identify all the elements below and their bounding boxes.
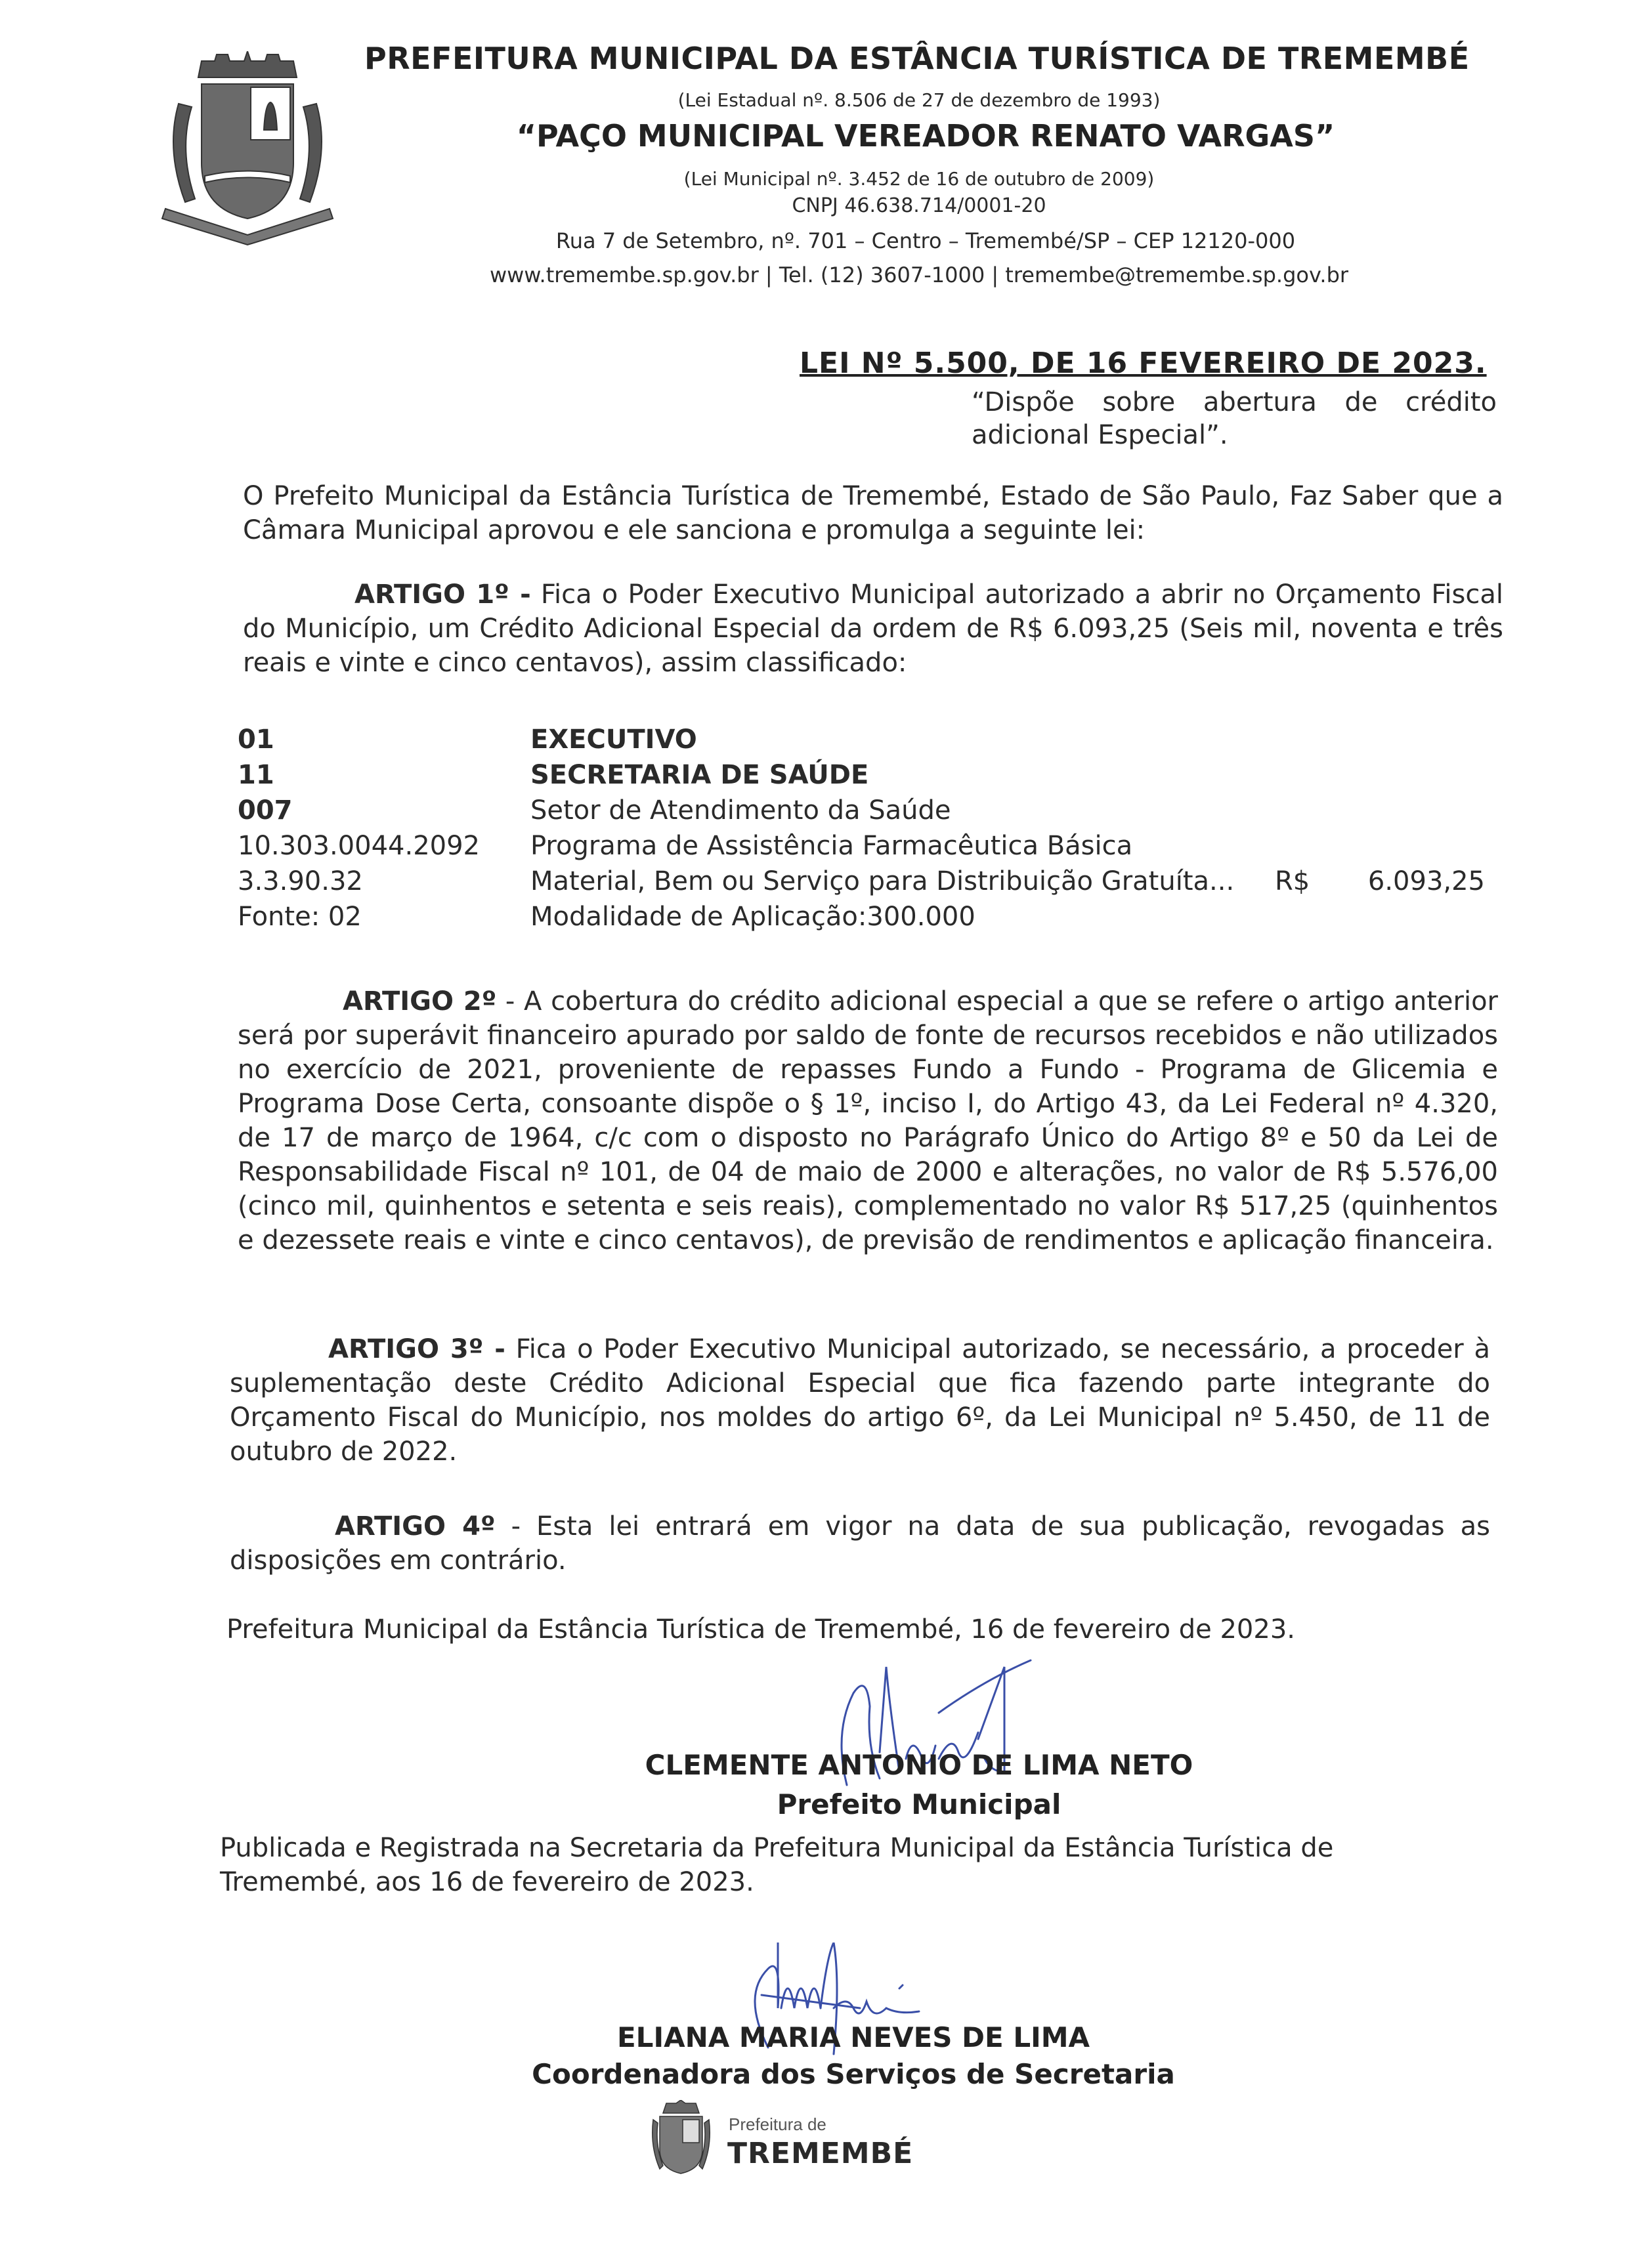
article-label: ARTIGO 3º -: [328, 1334, 505, 1364]
budget-classification-table: 01EXECUTIVO11SECRETARIA DE SAÚDE007Setor…: [238, 722, 1498, 934]
closing-date-line: Prefeitura Municipal da Estância Turísti…: [226, 1614, 1295, 1645]
header-municipal-law: (Lei Municipal nº. 3.452 de 16 de outubr…: [591, 168, 1247, 190]
footer-crest-icon: [650, 2100, 712, 2179]
classification-row: 007Setor de Atendimento da Saúde: [238, 793, 1498, 828]
classification-currency: R$: [1275, 864, 1310, 899]
header-title: PREFEITURA MUNICIPAL DA ESTÂNCIA TURÍSTI…: [364, 41, 1480, 76]
classification-description: Programa de Assistência Farmacêutica Bás…: [530, 828, 1132, 864]
header-state-law: (Lei Estadual nº. 8.506 de 27 de dezembr…: [591, 89, 1247, 111]
classification-code: 11: [238, 757, 274, 793]
classification-description: Material, Bem ou Serviço para Distribuiç…: [530, 864, 1234, 899]
header-cnpj: CNPJ 46.638.714/0001-20: [591, 194, 1247, 217]
article-text: - A cobertura do crédito adicional espec…: [238, 986, 1498, 1255]
mayor-name: CLEMENTE ANTONIO DE LIMA NETO: [578, 1749, 1260, 1781]
header-contact: www.tremembe.sp.gov.br | Tel. (12) 3607-…: [460, 262, 1379, 287]
classification-description: Setor de Atendimento da Saúde: [530, 793, 951, 828]
footer-prefix: Prefeitura de: [729, 2114, 826, 2135]
publication-note: Publicada e Registrada na Secretaria da …: [220, 1831, 1402, 1899]
footer-city-name: TREMEMBÉ: [727, 2137, 913, 2170]
article-3: ARTIGO 3º - Fica o Poder Executivo Munic…: [230, 1332, 1490, 1469]
article-label: ARTIGO 1º -: [354, 579, 531, 610]
law-title: LEI Nº 5.500, DE 16 FEVEREIRO DE 2023.: [800, 346, 1487, 380]
classification-row: 01EXECUTIVO: [238, 722, 1498, 757]
coat-of-arms-icon: [152, 51, 343, 248]
classification-row: 10.303.0044.2092Programa de Assistência …: [238, 828, 1498, 864]
classification-description: EXECUTIVO: [530, 722, 697, 757]
classification-code: 3.3.90.32: [238, 864, 363, 899]
classification-row: 11SECRETARIA DE SAÚDE: [238, 757, 1498, 793]
article-label: ARTIGO 2º: [343, 986, 496, 1017]
header-address: Rua 7 de Setembro, nº. 701 – Centro – Tr…: [499, 228, 1352, 253]
article-label: ARTIGO 4º: [335, 1511, 496, 1542]
classification-row: Fonte: 02Modalidade de Aplicação:300.000: [238, 899, 1498, 934]
classification-row: 3.3.90.32Material, Bem ou Serviço para D…: [238, 864, 1498, 899]
footer-logo: Prefeitura de TREMEMBÉ: [650, 2100, 1044, 2179]
classification-code: Fonte: 02: [238, 899, 362, 934]
classification-description: Modalidade de Aplicação:300.000: [530, 899, 975, 934]
classification-amount: 6.093,25: [1368, 864, 1485, 899]
secretary-name: ELIANA MARIA NEVES DE LIMA: [525, 2021, 1182, 2053]
article-2: ARTIGO 2º - A cobertura do crédito adici…: [238, 984, 1498, 1257]
intro-paragraph: O Prefeito Municipal da Estância Turísti…: [243, 479, 1503, 547]
classification-code: 007: [238, 793, 293, 828]
secretary-role: Coordenadora dos Serviços de Secretaria: [512, 2058, 1195, 2090]
article-1: ARTIGO 1º - Fica o Poder Executivo Munic…: [243, 577, 1503, 680]
law-ementa: “Dispõe sobre abertura de crédito adicio…: [972, 386, 1497, 451]
classification-description: SECRETARIA DE SAÚDE: [530, 757, 868, 793]
article-4: ARTIGO 4º - Esta lei entrará em vigor na…: [230, 1509, 1490, 1578]
classification-code: 01: [238, 722, 274, 757]
mayor-role: Prefeito Municipal: [578, 1788, 1260, 1820]
header-paco: “PAÇO MUNICIPAL VEREADOR RENATO VARGAS”: [486, 118, 1365, 154]
classification-code: 10.303.0044.2092: [238, 828, 480, 864]
